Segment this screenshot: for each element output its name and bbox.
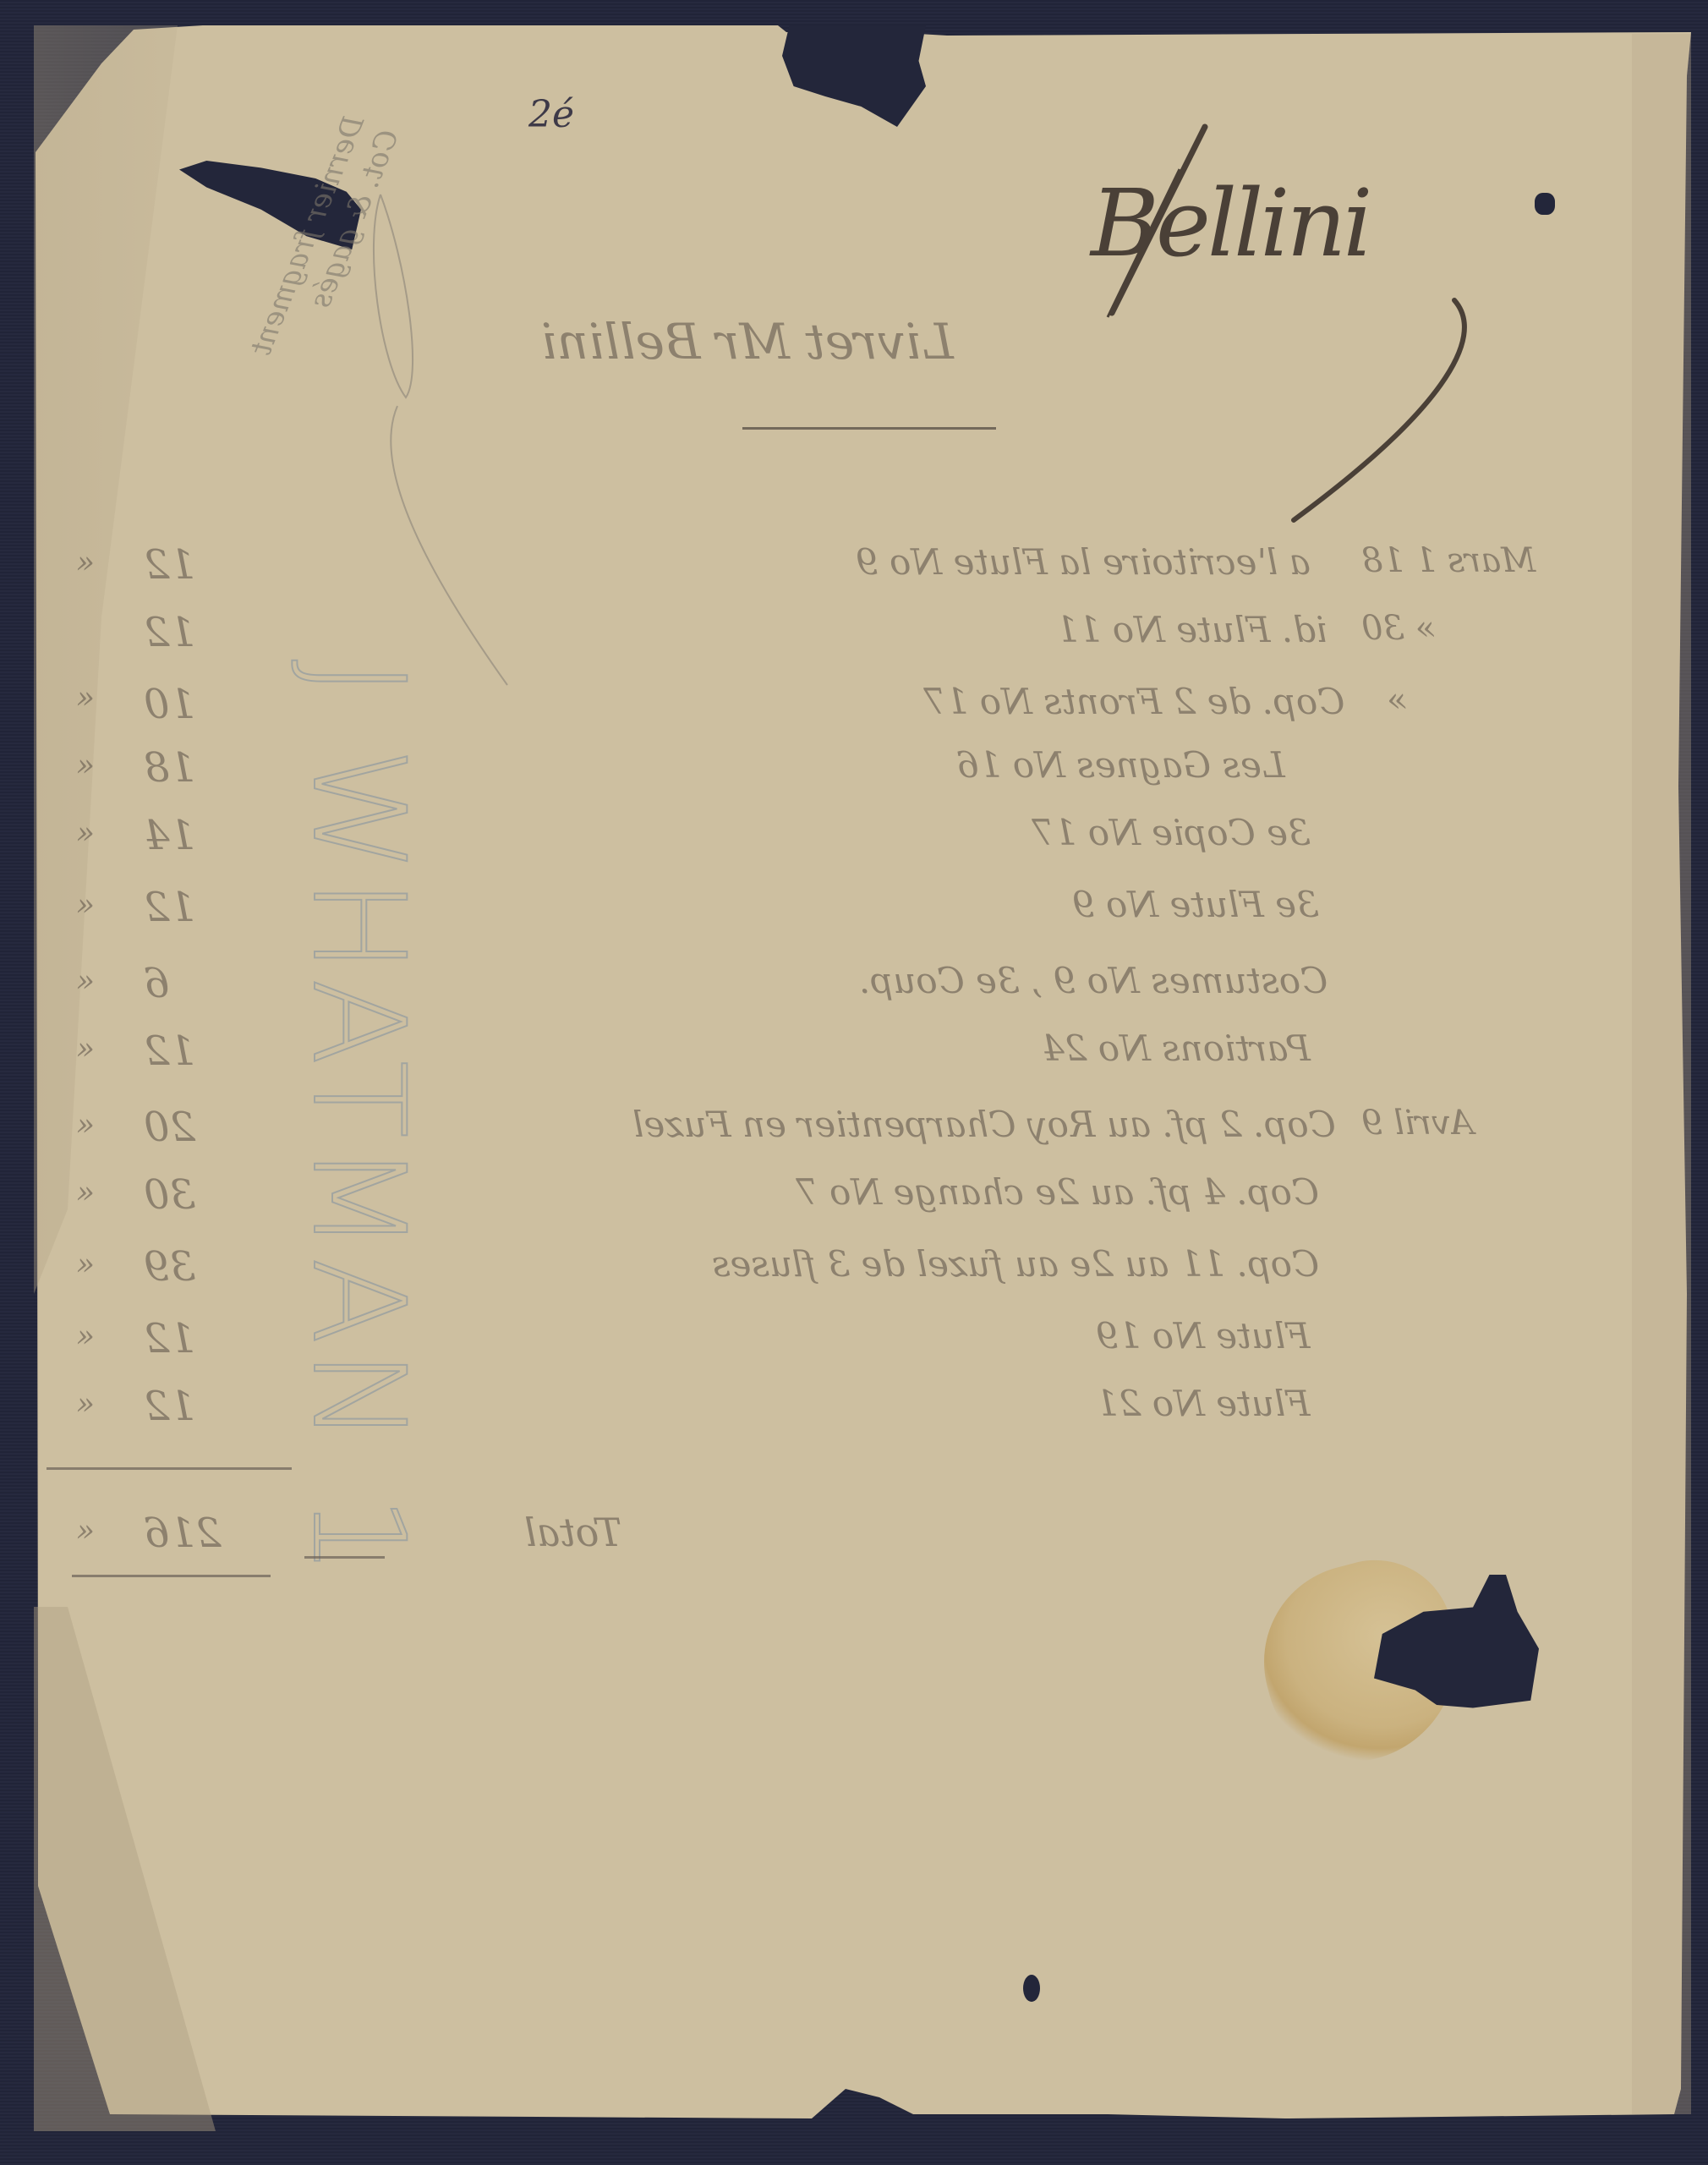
- list-item: Cop. 11 au 2e au fuzel de 3 fluses: [712, 1243, 1319, 1285]
- paper-right-margin: [1632, 34, 1691, 2114]
- amount-cell: 12: [144, 884, 195, 931]
- amount-cell: 12: [144, 541, 195, 589]
- ditto-mark: »: [76, 1108, 95, 1143]
- document-heading: Livret Mr Bellini: [541, 313, 954, 370]
- hole-bottom-small: [1023, 1975, 1040, 2002]
- amount-cell: 18: [144, 744, 195, 792]
- ditto-mark: »: [76, 545, 95, 580]
- ditto-mark: »: [76, 681, 95, 715]
- heading-underline: [742, 427, 996, 430]
- list-item: Flute No 19: [1096, 1315, 1311, 1357]
- ditto-mark: »: [76, 1032, 95, 1066]
- amount-cell: 14: [144, 812, 195, 859]
- list-item: 3e Copie No 17: [1032, 812, 1311, 853]
- list-item: Cop. 2 pf. au Roy Charpentier en Fuzel: [632, 1104, 1336, 1145]
- signature: Bellini: [1091, 169, 1370, 277]
- date-cell: Mars 1 18: [1361, 541, 1536, 580]
- list-item: a l'ecritoire la Flute No 9: [856, 541, 1311, 583]
- ditto-mark: »: [76, 748, 95, 783]
- total-amount: 216: [144, 1510, 222, 1557]
- total-dash: [304, 1556, 385, 1559]
- amount-cell: 12: [144, 609, 195, 656]
- ditto-mark: »: [76, 1387, 95, 1422]
- date-cell: Avril 9: [1361, 1104, 1474, 1143]
- ditto-mark: »: [76, 1176, 95, 1210]
- total-label: Total: [524, 1510, 621, 1555]
- heading-text: Livret Mr Bellini: [541, 313, 954, 370]
- amount-cell: 39: [144, 1243, 195, 1291]
- list-item: Flute No 21: [1096, 1383, 1311, 1424]
- ditto-mark: »: [76, 1319, 95, 1354]
- date-cell: »: [1387, 681, 1407, 720]
- list-item: Costumes No 9 , 3e Coup.: [859, 960, 1328, 1001]
- ditto-mark: »: [76, 964, 95, 999]
- ditto-mark: »: [76, 1247, 95, 1282]
- list-item: Cop. de 2 Fronts No 17: [923, 681, 1344, 722]
- amount-cell: 6: [144, 960, 170, 1007]
- amount-cell: 12: [144, 1315, 195, 1362]
- amount-cell: 10: [144, 681, 195, 728]
- amount-cell: 12: [144, 1383, 195, 1430]
- folio-mark: 2é: [528, 93, 574, 136]
- date-cell: » 30: [1361, 609, 1436, 648]
- amount-cell: 12: [144, 1028, 195, 1075]
- total-rule-top: [47, 1467, 292, 1470]
- ditto-mark: »: [76, 816, 95, 851]
- list-item: id. Flute No 11: [1056, 609, 1328, 650]
- paper-watermark: J WHATMAN 1: [296, 660, 431, 1607]
- list-item: 3e Flute No 9: [1072, 884, 1319, 925]
- hole-upper-right: [1535, 193, 1555, 215]
- total-rule-bottom: [72, 1575, 271, 1577]
- ditto-mark: »: [76, 1514, 95, 1548]
- amount-cell: 30: [144, 1171, 195, 1219]
- list-item: Cop. 4 pf. au 2e change No 7: [796, 1171, 1319, 1213]
- amount-cell: 20: [144, 1104, 195, 1151]
- list-item: Partions No 24: [1042, 1028, 1311, 1069]
- pencil-sketch: [347, 178, 550, 702]
- ditto-mark: »: [76, 888, 95, 923]
- list-item: Les Gagnes No 16: [956, 744, 1285, 786]
